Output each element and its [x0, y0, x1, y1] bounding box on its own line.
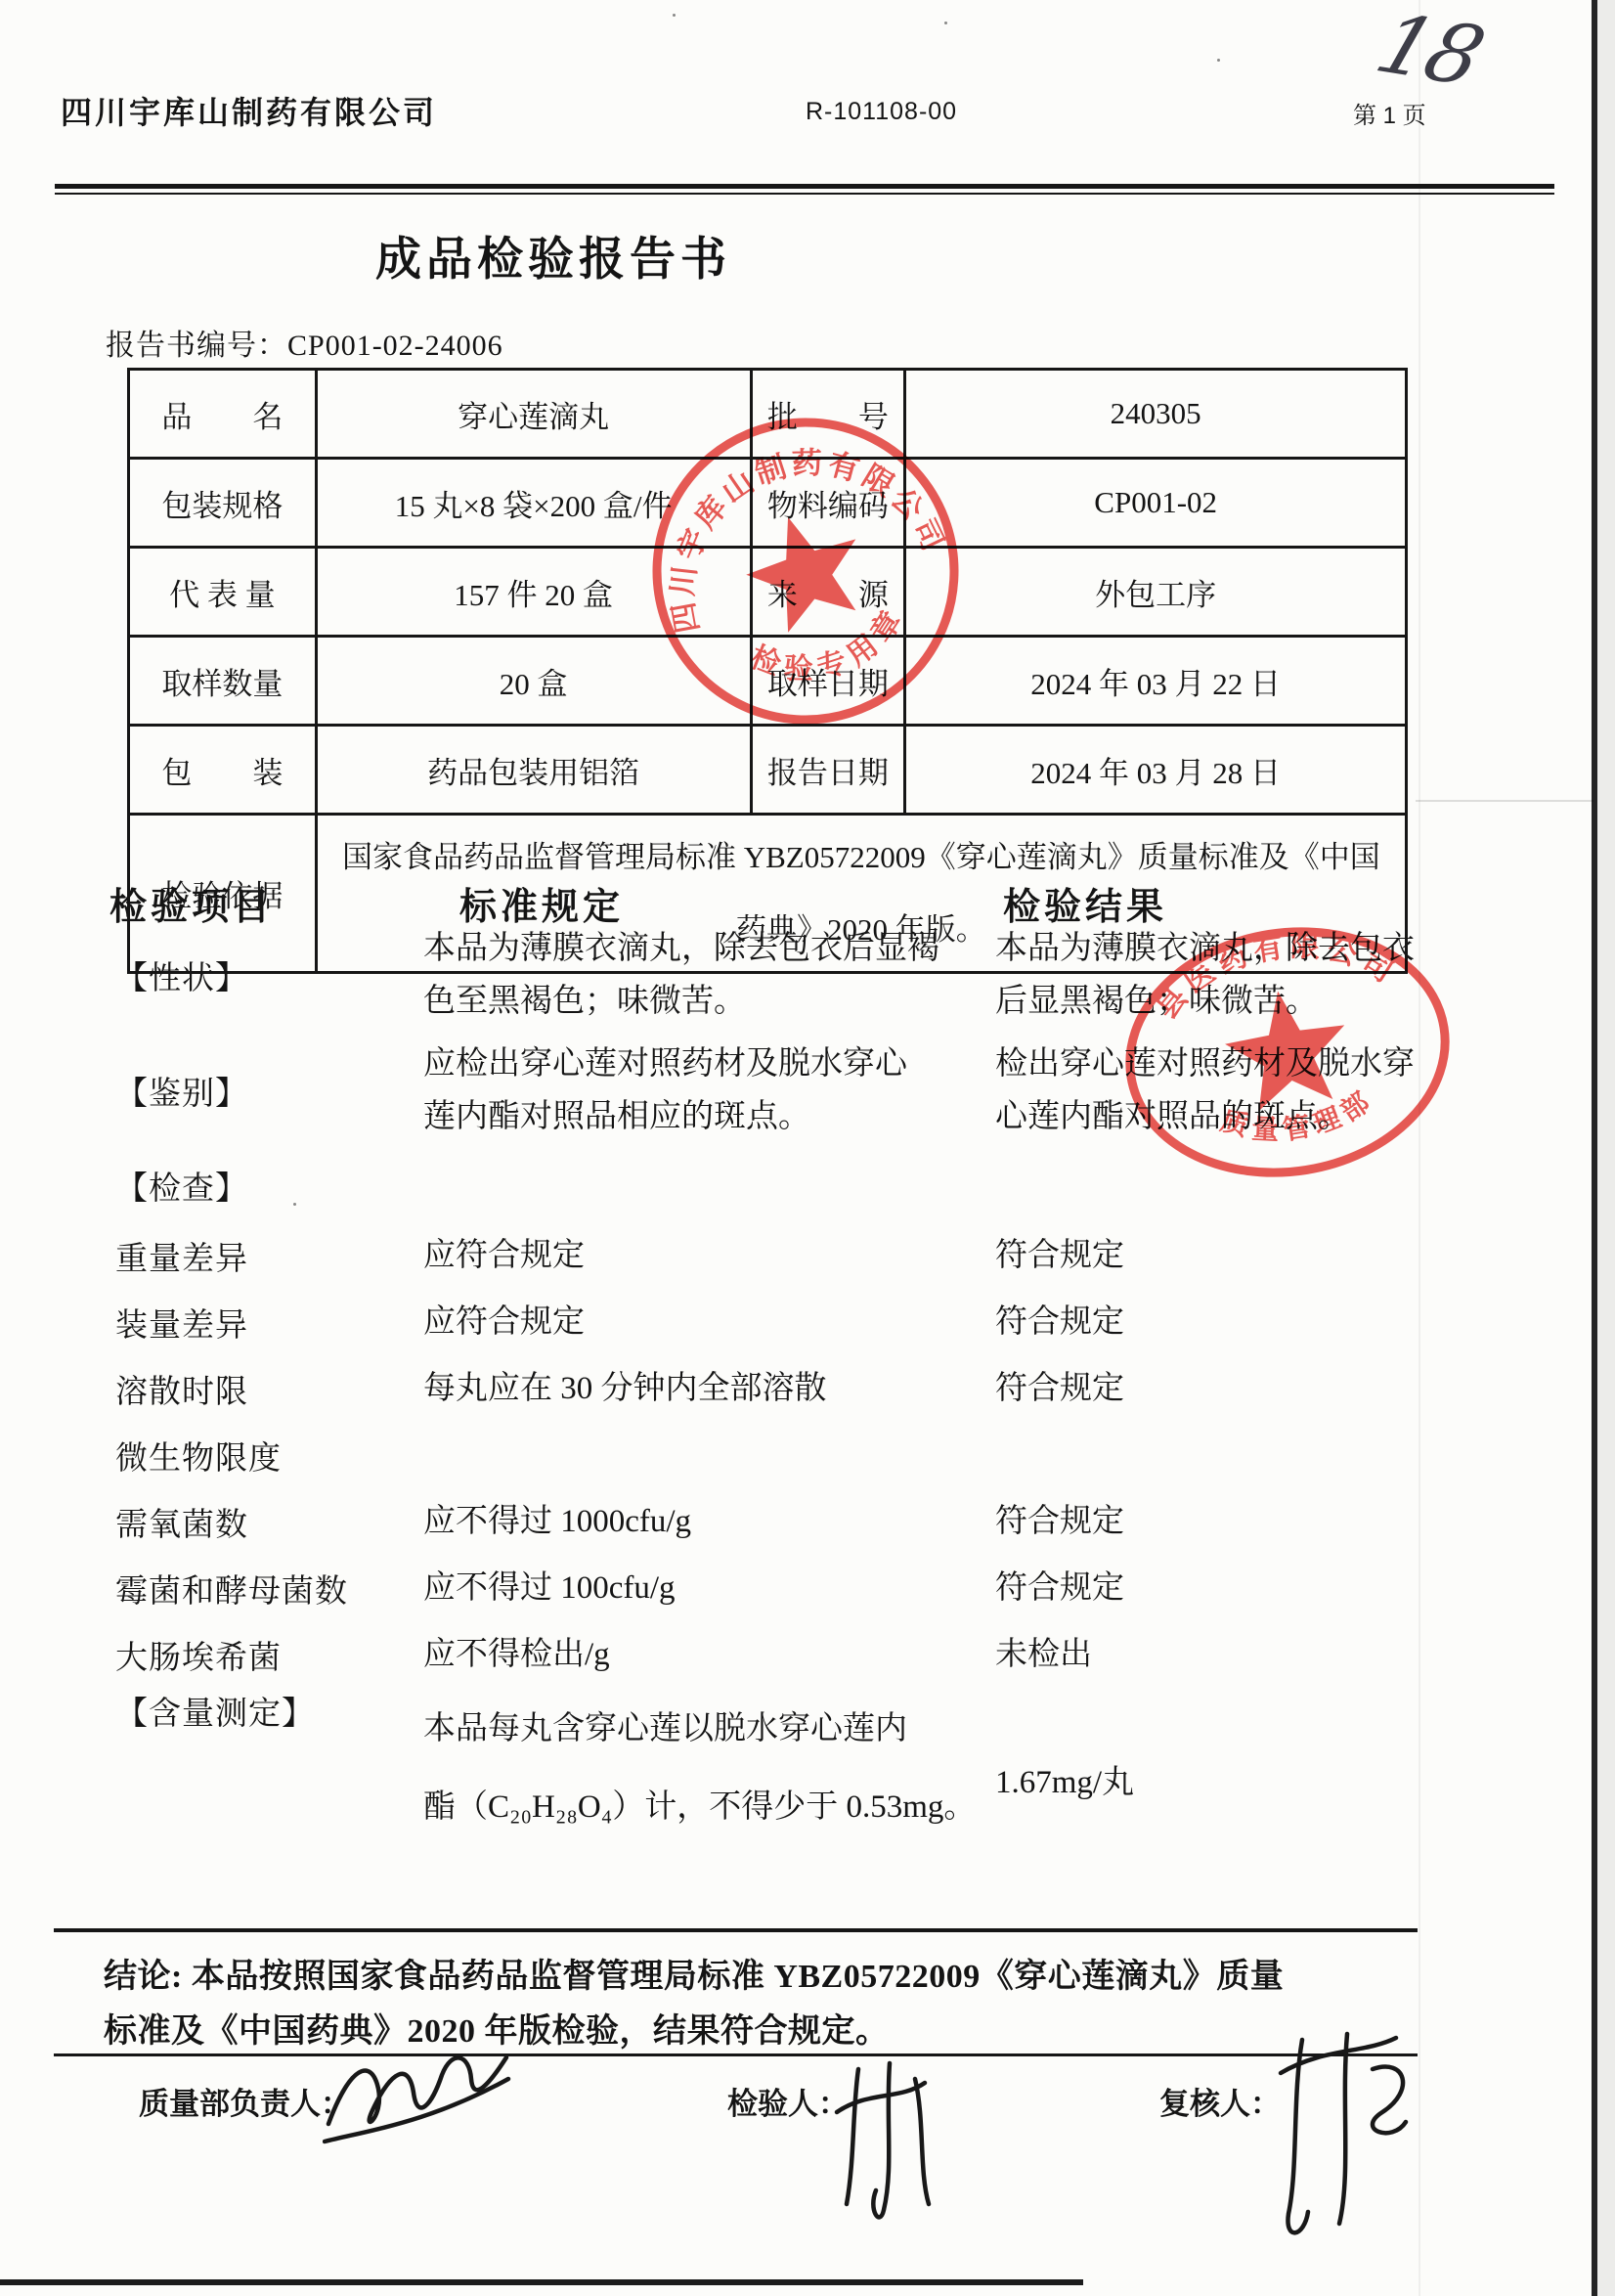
- conclusion-divider-top: [54, 1928, 1418, 1932]
- inspection-stamp: 四川宇库山制药有限公司 检验专用章: [637, 403, 974, 739]
- reviewer-signature: [1263, 2012, 1429, 2257]
- result-standard-text: 应不得检出/g: [423, 1628, 995, 1681]
- scan-speck: [673, 14, 676, 17]
- result-standard-text: 应不得过 100cfu/g: [423, 1562, 995, 1614]
- result-value-text: 符合规定: [995, 1562, 1543, 1614]
- result-standard-text: 每丸应在 30 分钟内全部溶散: [423, 1362, 995, 1415]
- quality-head-label: 质量部负责人：: [139, 2079, 351, 2123]
- info-label: 品 名: [129, 370, 317, 459]
- result-standard-text: 本品为薄膜衣滴丸，除去包衣后显褐 色至黑褐色；味微苦。: [423, 922, 995, 1028]
- inspector-signature: [827, 2052, 964, 2228]
- result-row: 重量差异应符合规定符合规定: [115, 1222, 1543, 1289]
- result-item-label: 霉菌和酵母菌数: [115, 1566, 423, 1612]
- result-standard-text: 应不得过 1000cfu/g: [423, 1495, 995, 1548]
- scan-speck: [944, 22, 947, 24]
- handwritten-page-number: 18: [1365, 0, 1492, 104]
- result-value-text: 未检出: [995, 1628, 1543, 1681]
- result-item-label: 【性状】: [115, 952, 423, 998]
- inspection-report-page: 18 四川宇库山制药有限公司 R-101108-00 第 1 页 成品检验报告书…: [0, 0, 1615, 2296]
- quality-head-signature: [323, 2040, 518, 2157]
- scan-speck: [1217, 59, 1220, 62]
- result-standard-text: 应符合规定: [423, 1296, 995, 1348]
- qc-stamp: 县医药有限公司 质量管理部: [1107, 905, 1468, 1199]
- report-number-line: 报告书编号：CP001-02-24006: [106, 321, 503, 364]
- result-row: 需氧菌数应不得过 1000cfu/g符合规定: [115, 1488, 1543, 1555]
- svg-text:质量管理部: 质量管理部: [1213, 1082, 1383, 1156]
- paper-crease-horizontal: [1416, 800, 1593, 802]
- result-value-text: 符合规定: [995, 1362, 1543, 1415]
- result-item-label: 【含量测定】: [115, 1688, 423, 1734]
- result-row: 大肠埃希菌应不得检出/g未检出: [115, 1621, 1543, 1688]
- result-standard-text: 本品每丸含穿心莲以脱水穿心莲内 酯（C₂₀H₂₈O₄）计，不得少于 0.53mg…: [423, 1688, 995, 1846]
- conclusion-text: 结论: 本品按照国家食品药品监督管理局标准 YBZ05722009《穿心莲滴丸》…: [104, 1950, 1433, 2059]
- info-label: 包 装: [129, 726, 317, 815]
- company-name: 四川宇库山制药有限公司: [61, 88, 437, 133]
- report-number-value: CP001-02-24006: [287, 330, 503, 362]
- result-item-label: 大肠埃希菌: [115, 1632, 423, 1678]
- info-label: 包装规格: [129, 459, 317, 548]
- report-number-label: 报告书编号：: [106, 330, 287, 362]
- scan-edge-margin: [1597, 0, 1615, 2296]
- conclusion-underline: [54, 2053, 1418, 2056]
- qc-stamp-dept-text: 质量管理部: [1213, 1082, 1383, 1156]
- info-value: 240305: [905, 370, 1407, 459]
- page-number-label: 第 1 页: [1353, 96, 1426, 130]
- result-standard-text: 应检出穿心莲对照药材及脱水穿心 莲内酯对照品相应的斑点。: [423, 1038, 995, 1143]
- document-code: R-101108-00: [806, 98, 957, 126]
- result-item-label: 装量差异: [115, 1300, 423, 1346]
- result-item-label: 微生物限度: [115, 1433, 423, 1479]
- info-label: 取样数量: [129, 637, 317, 726]
- info-value: 2024 年 03 月 28 日: [905, 726, 1407, 815]
- result-value-text: 符合规定: [995, 1229, 1543, 1282]
- result-row: 溶散时限每丸应在 30 分钟内全部溶散符合规定: [115, 1355, 1543, 1422]
- result-row: 微生物限度: [115, 1422, 1543, 1488]
- result-row: 装量差异应符合规定符合规定: [115, 1289, 1543, 1355]
- result-item-label: 【鉴别】: [115, 1068, 423, 1114]
- result-item-label: 重量差异: [115, 1233, 423, 1279]
- scan-edge-line-bottom: [0, 2279, 1083, 2285]
- result-row: 霉菌和酵母菌数应不得过 100cfu/g符合规定: [115, 1555, 1543, 1621]
- result-item-label: 【检查】: [115, 1163, 423, 1209]
- result-value-text: 符合规定: [995, 1495, 1543, 1548]
- result-value-text: 符合规定: [995, 1296, 1543, 1348]
- info-label: 代 表 量: [129, 548, 317, 637]
- result-item-label: 需氧菌数: [115, 1499, 423, 1545]
- header-divider: [55, 184, 1554, 195]
- result-value-text: 1.67mg/丸: [995, 1688, 1543, 1809]
- info-value: CP001-02: [905, 459, 1407, 548]
- result-item-label: 溶散时限: [115, 1366, 423, 1412]
- info-value: 外包工序: [905, 548, 1407, 637]
- report-title: 成品检验报告书: [375, 223, 731, 288]
- result-row: 【含量测定】本品每丸含穿心莲以脱水穿心莲内 酯（C₂₀H₂₈O₄）计，不得少于 …: [115, 1688, 1543, 1864]
- info-value: 2024 年 03 月 22 日: [905, 637, 1407, 726]
- result-standard-text: 应符合规定: [423, 1229, 995, 1282]
